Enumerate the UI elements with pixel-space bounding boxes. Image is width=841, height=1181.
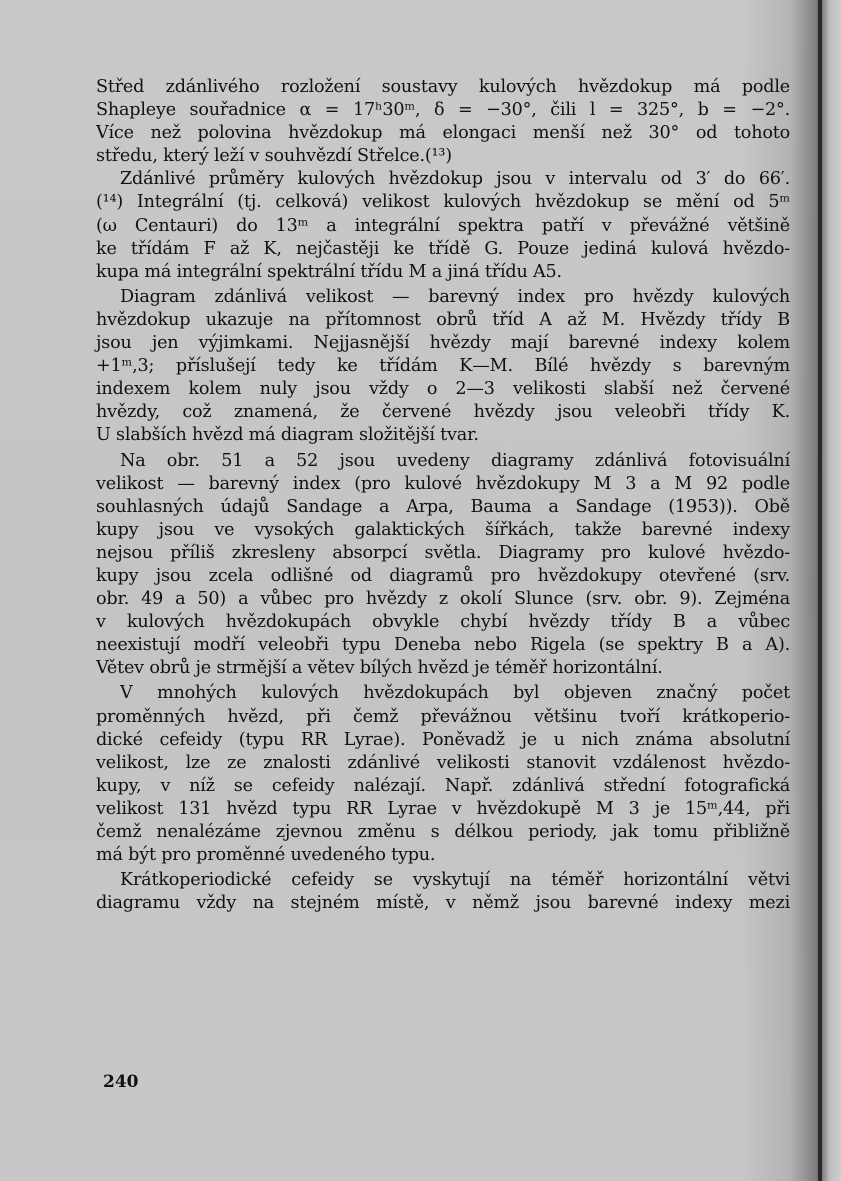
- text-line: Zdánlivé průměry kulových hvězdokup jsou…: [96, 168, 790, 191]
- text-line: V mnohých kulových hvězdokupách byl obje…: [96, 682, 790, 705]
- text-line: Více než polovina hvězdokup má elongaci …: [96, 122, 790, 145]
- text-line: má být pro proměnné uvedeného typu.: [96, 844, 790, 867]
- text-line: indexem kolem nuly jsou vždy o 2—3 velik…: [96, 378, 790, 401]
- paragraph: Střed zdánlivého rozložení soustavy kulo…: [96, 76, 790, 168]
- text-line: kupy jsou ve vysokých galaktických šířká…: [96, 519, 790, 542]
- text-line: středu, který leží v souhvězdí Střelce.(…: [96, 145, 790, 168]
- text-line: Střed zdánlivého rozložení soustavy kulo…: [96, 76, 790, 99]
- adjacent-page-edge: [822, 0, 841, 1181]
- text-line: souhlasných údajů Sandage a Arpa, Bauma …: [96, 496, 790, 519]
- text-line: jsou jen výjimkami. Nejjasnější hvězdy m…: [96, 332, 790, 355]
- text-line: (¹⁴) Integrální (tj. celková) velikost k…: [96, 191, 790, 214]
- text-line: (ω Centauri) do 13ᵐ a integrální spektra…: [96, 215, 790, 238]
- text-line: diagramu vždy na stejném místě, v němž j…: [96, 892, 790, 915]
- text-line: Větev obrů je strmější a větev bílých hv…: [96, 657, 790, 680]
- page-number: 240: [103, 1072, 139, 1092]
- paragraph: Zdánlivé průměry kulových hvězdokup jsou…: [96, 168, 790, 283]
- paragraph: Krátkoperiodické cefeidy se vyskytují na…: [96, 869, 790, 915]
- book-page: Střed zdánlivého rozložení soustavy kulo…: [0, 0, 822, 1181]
- text-line: velikost, lze ze znalosti zdánlivé velik…: [96, 752, 790, 775]
- text-line: Diagram zdánlivá velikost — barevný inde…: [96, 286, 790, 309]
- paragraph: V mnohých kulových hvězdokupách byl obje…: [96, 682, 790, 867]
- text-line: proměnných hvězd, při čemž převážnou vět…: [96, 706, 790, 729]
- text-line: +1ᵐ,3; příslušejí tedy ke třídám K—M. Bí…: [96, 355, 790, 378]
- text-line: neexistují modří veleobři typu Deneba ne…: [96, 634, 790, 657]
- text-line: obr. 49 a 50) a vůbec pro hvězdy z okolí…: [96, 588, 790, 611]
- text-line: kupa má integrální spektrální třídu M a …: [96, 261, 790, 284]
- text-line: velikost 131 hvězd typu RR Lyrae v hvězd…: [96, 798, 790, 821]
- text-line: Krátkoperiodické cefeidy se vyskytují na…: [96, 869, 790, 892]
- text-line: kupy jsou zcela odlišné od diagramů pro …: [96, 565, 790, 588]
- text-line: velikost — barevný index (pro kulové hvě…: [96, 473, 790, 496]
- text-line: Shapleye souřadnice α = 17ʰ30ᵐ, δ = −30°…: [96, 99, 790, 122]
- text-line: Na obr. 51 a 52 jsou uvedeny diagramy zd…: [96, 450, 790, 473]
- text-line: čemž nenalézáme zjevnou změnu s délkou p…: [96, 821, 790, 844]
- paragraph: Diagram zdánlivá velikost — barevný inde…: [96, 286, 790, 448]
- text-line: v kulových hvězdokupách obvykle chybí hv…: [96, 611, 790, 634]
- text-line: hvězdokup ukazuje na přítomnost obrů tří…: [96, 309, 790, 332]
- text-line: ke třídám F až K, nejčastěji ke třídě G.…: [96, 238, 790, 261]
- text-line: nejsou příliš zkresleny absorpcí světla.…: [96, 542, 790, 565]
- text-line: U slabších hvězd má diagram složitější t…: [96, 424, 790, 447]
- body-text: Střed zdánlivého rozložení soustavy kulo…: [96, 76, 790, 915]
- paragraph: Na obr. 51 a 52 jsou uvedeny diagramy zd…: [96, 450, 790, 681]
- text-line: dické cefeidy (typu RR Lyrae). Poněvadž …: [96, 729, 790, 752]
- text-line: hvězdy, což znamená, že červené hvězdy j…: [96, 401, 790, 424]
- text-line: kupy, v níž se cefeidy nalézají. Např. z…: [96, 775, 790, 798]
